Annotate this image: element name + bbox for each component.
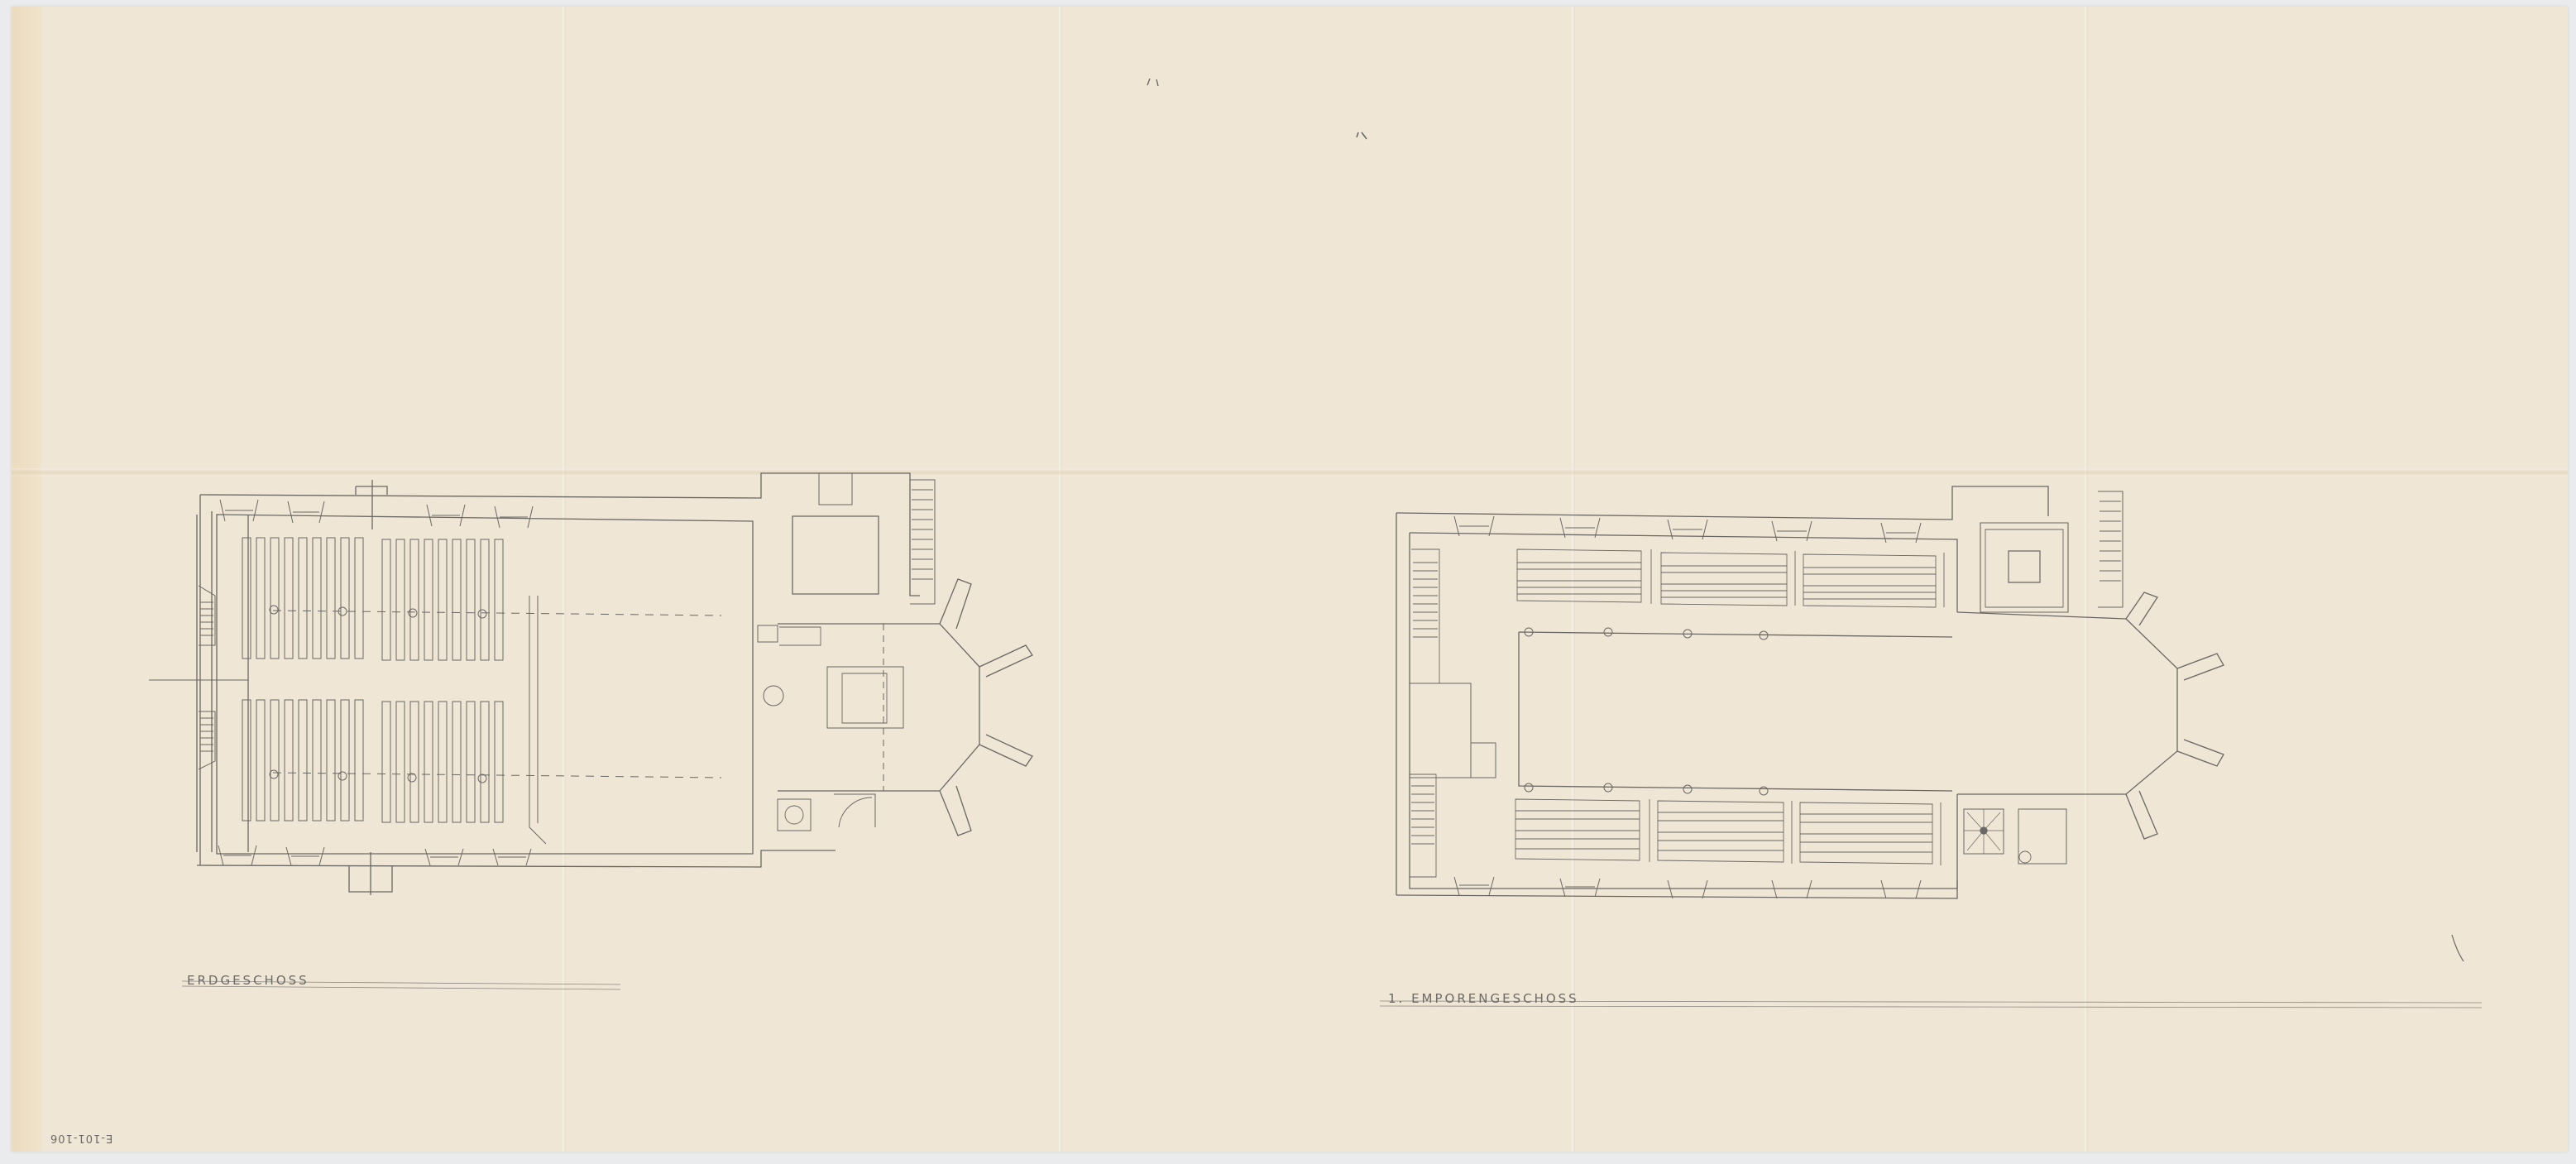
gallery-floor-plan bbox=[1396, 486, 2224, 898]
ground-floor-plan bbox=[149, 473, 1032, 895]
gallery-floor-label: 1. EMPORENGESCHOSS bbox=[1388, 991, 1579, 1006]
ground-floor-label: ERDGESCHOSS bbox=[187, 973, 309, 988]
catalog-number: E-101-106 bbox=[50, 1132, 113, 1144]
pews bbox=[242, 538, 503, 822]
floor-plans-drawing bbox=[0, 0, 2576, 1164]
